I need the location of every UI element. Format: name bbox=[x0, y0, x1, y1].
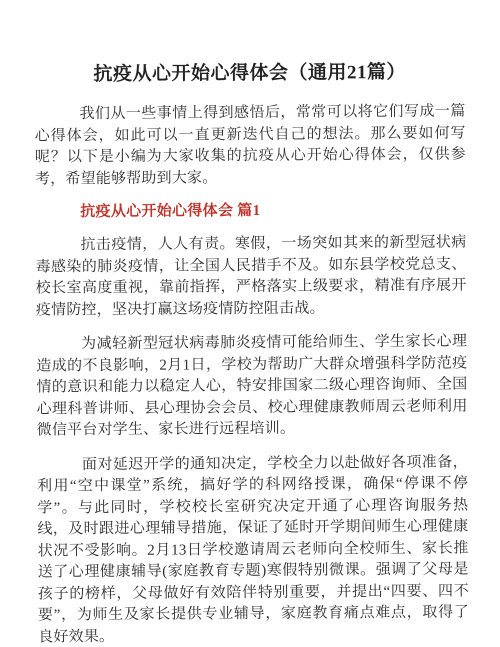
body-paragraph-3: 面对延迟开学的通知决定，学校全力以赴做好各项准备，利用“空中课堂”系统，搞好学的… bbox=[37, 452, 469, 647]
document-page: 抗疫从心开始心得体会（通用21篇） 我们从一些事情上得到感悟后，常常可以将它们写… bbox=[0, 0, 500, 647]
body-paragraph-1: 抗击疫情，人人有责。寒假，一场突如其来的新型冠状病毒感染的肺炎疫情，让全国人民措… bbox=[35, 232, 467, 321]
section-heading: 抗疫从心开始心得体会 篇1 bbox=[35, 200, 466, 222]
intro-paragraph: 我们从一些事情上得到感悟后，常常可以将它们写成一篇心得体会，如此可以一直更新迭代… bbox=[34, 101, 466, 190]
document-content: 抗疫从心开始心得体会（通用21篇） 我们从一些事情上得到感悟后，常常可以将它们写… bbox=[0, 0, 500, 647]
body-paragraph-2: 为减轻新型冠状病毒肺炎疫情可能给师生、学生家长心理造成的不良影响，2月1日，学校… bbox=[36, 331, 468, 442]
page-title: 抗疫从心开始心得体会（通用21篇） bbox=[34, 58, 465, 88]
